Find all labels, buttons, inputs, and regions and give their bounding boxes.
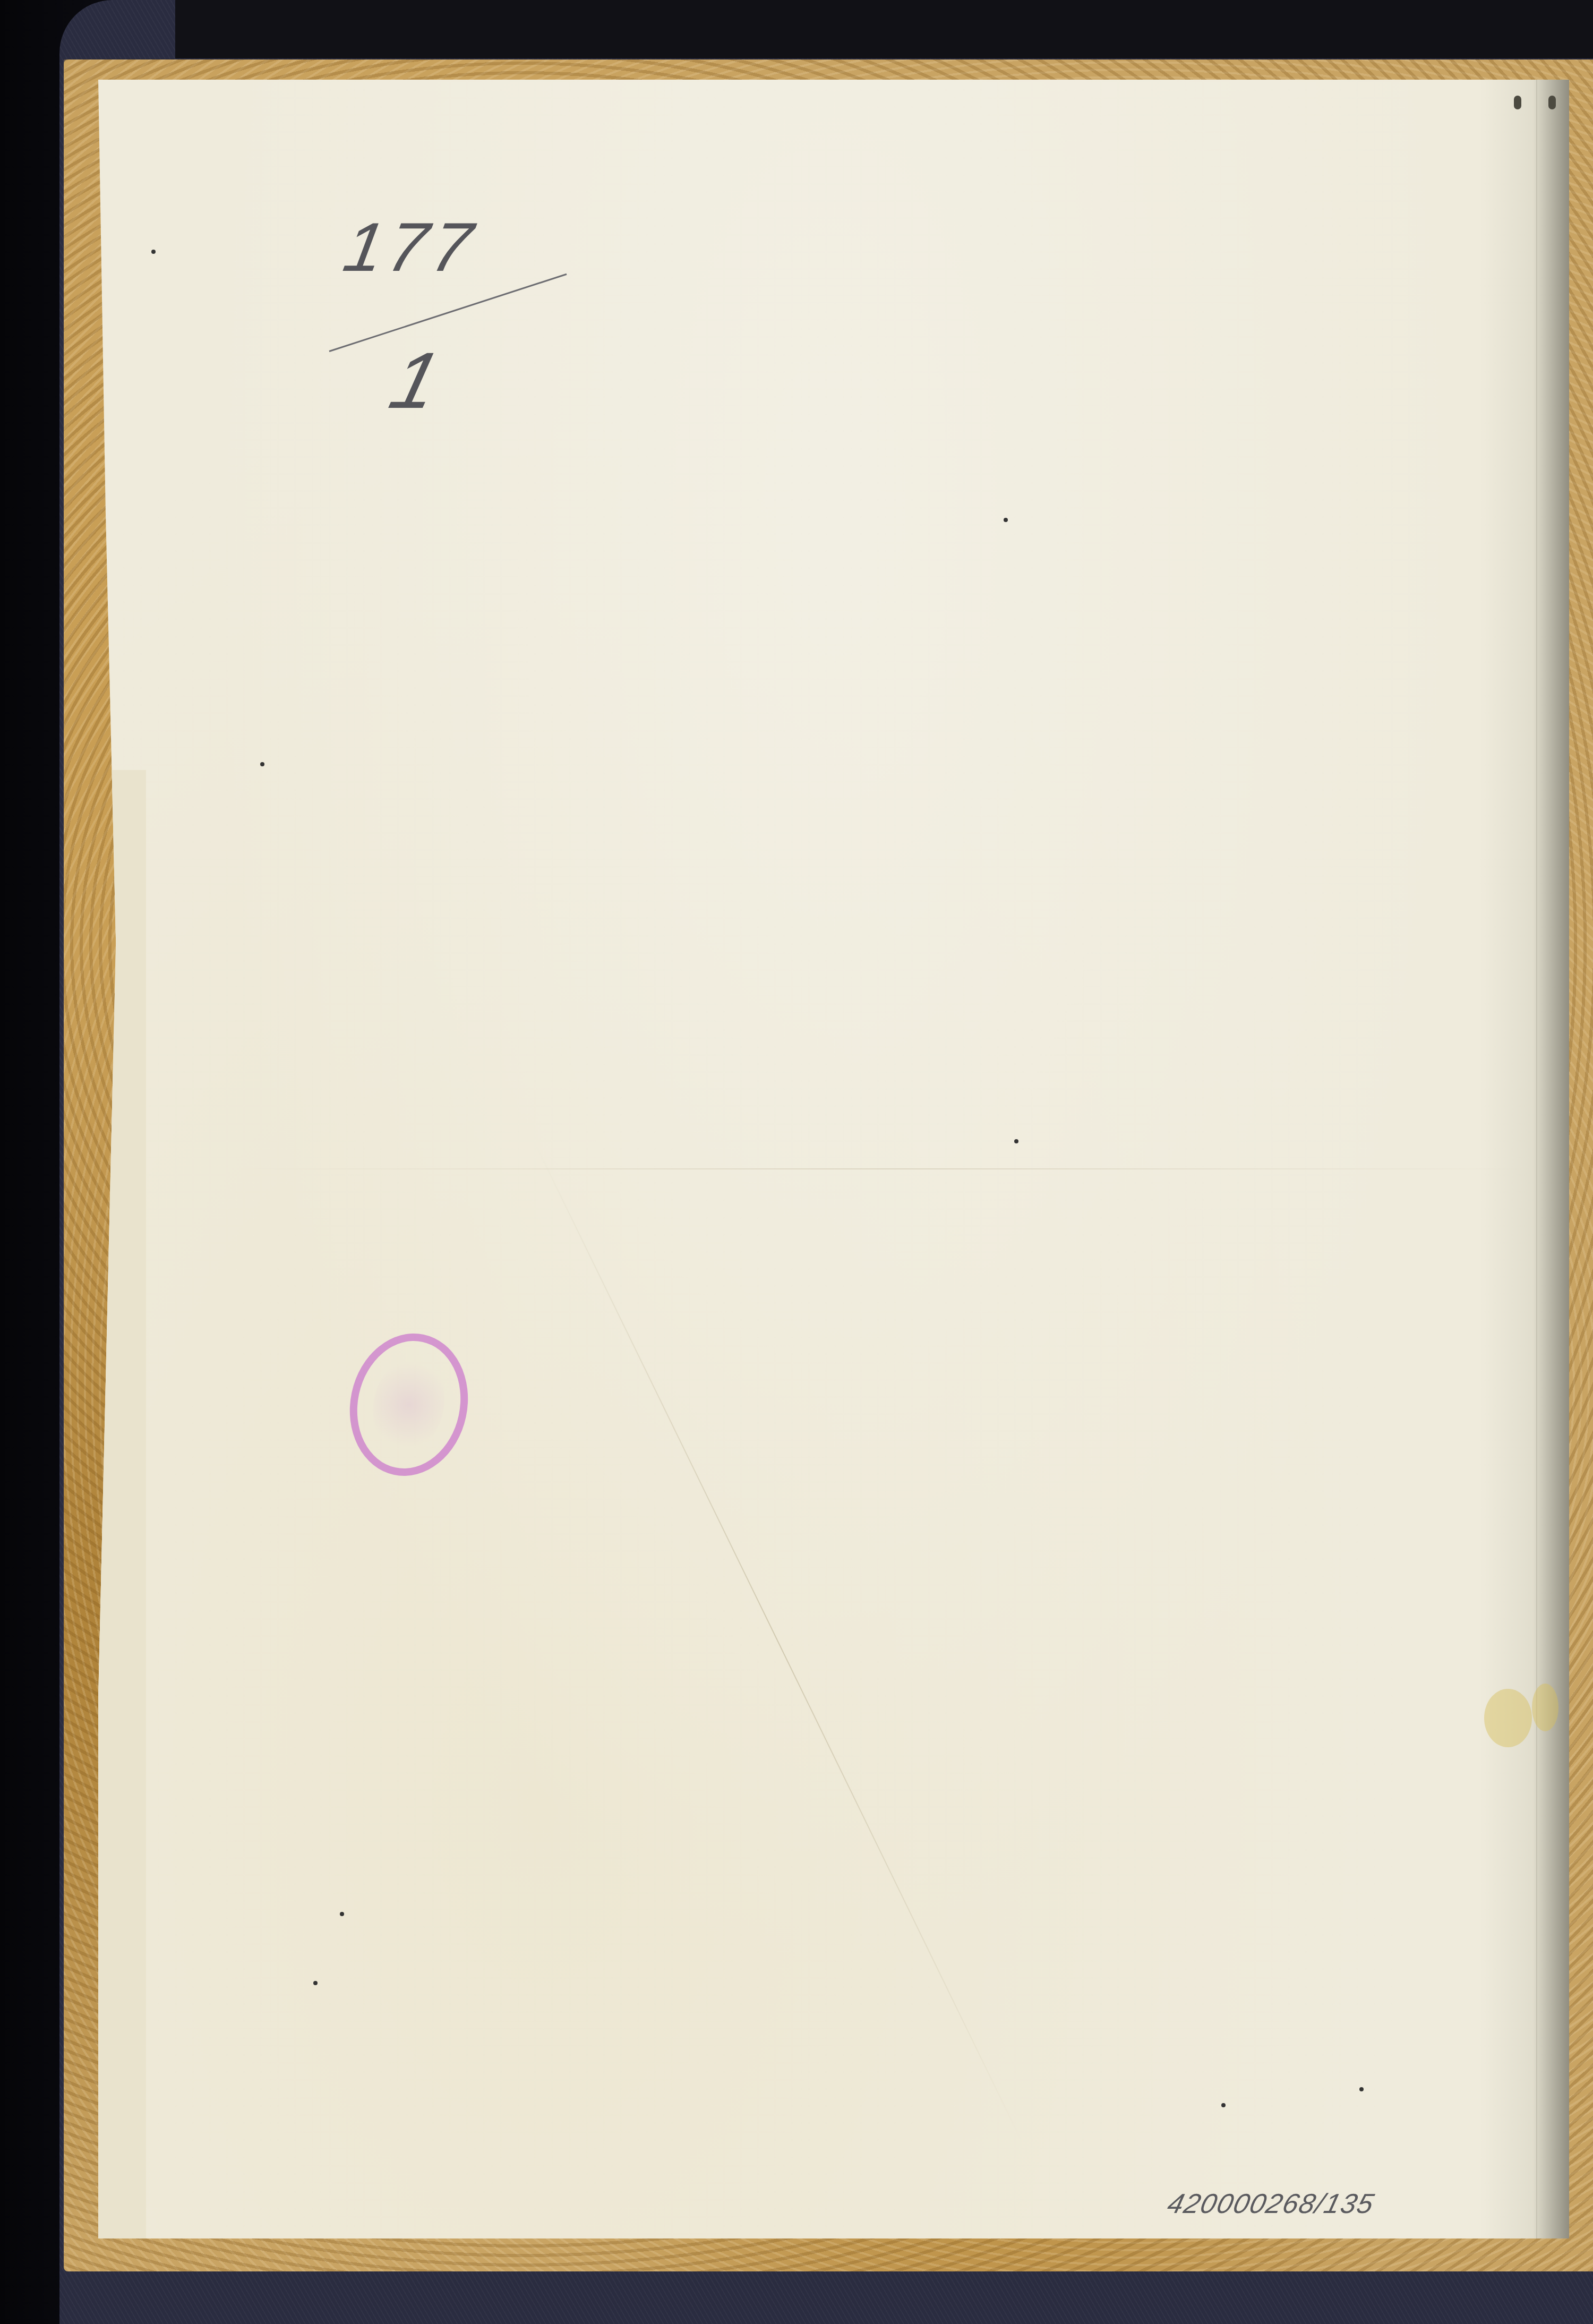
gutter-shadow bbox=[1479, 80, 1569, 2238]
binding-hole bbox=[1548, 96, 1556, 109]
horizontal-crease bbox=[231, 1168, 1548, 1169]
cover-board-shadow bbox=[175, 0, 1593, 58]
stamp-center bbox=[365, 1350, 453, 1459]
shelfmark-numerator: 177 bbox=[338, 207, 483, 287]
paper-speck bbox=[1004, 518, 1008, 522]
inventory-number: 420000268/135 bbox=[1164, 2188, 1378, 2220]
paper-speck bbox=[1014, 1139, 1018, 1143]
paper-speck bbox=[1221, 2103, 1226, 2107]
water-stain bbox=[1532, 1684, 1558, 1731]
gutter-seam bbox=[1536, 80, 1537, 2238]
shelfmark-annotation: 177 1 bbox=[329, 207, 568, 430]
shelfmark-denominator: 1 bbox=[381, 335, 449, 426]
binding-hole bbox=[1514, 96, 1521, 109]
flyleaf-page bbox=[98, 80, 1569, 2238]
diagonal-crease bbox=[534, 1141, 1023, 2144]
paper-speck bbox=[151, 250, 156, 254]
paper-speck bbox=[340, 1912, 344, 1916]
water-stain bbox=[1484, 1689, 1532, 1747]
paper-speck bbox=[1359, 2087, 1364, 2091]
paper-speck bbox=[260, 762, 264, 766]
paper-speck bbox=[313, 1981, 318, 1985]
